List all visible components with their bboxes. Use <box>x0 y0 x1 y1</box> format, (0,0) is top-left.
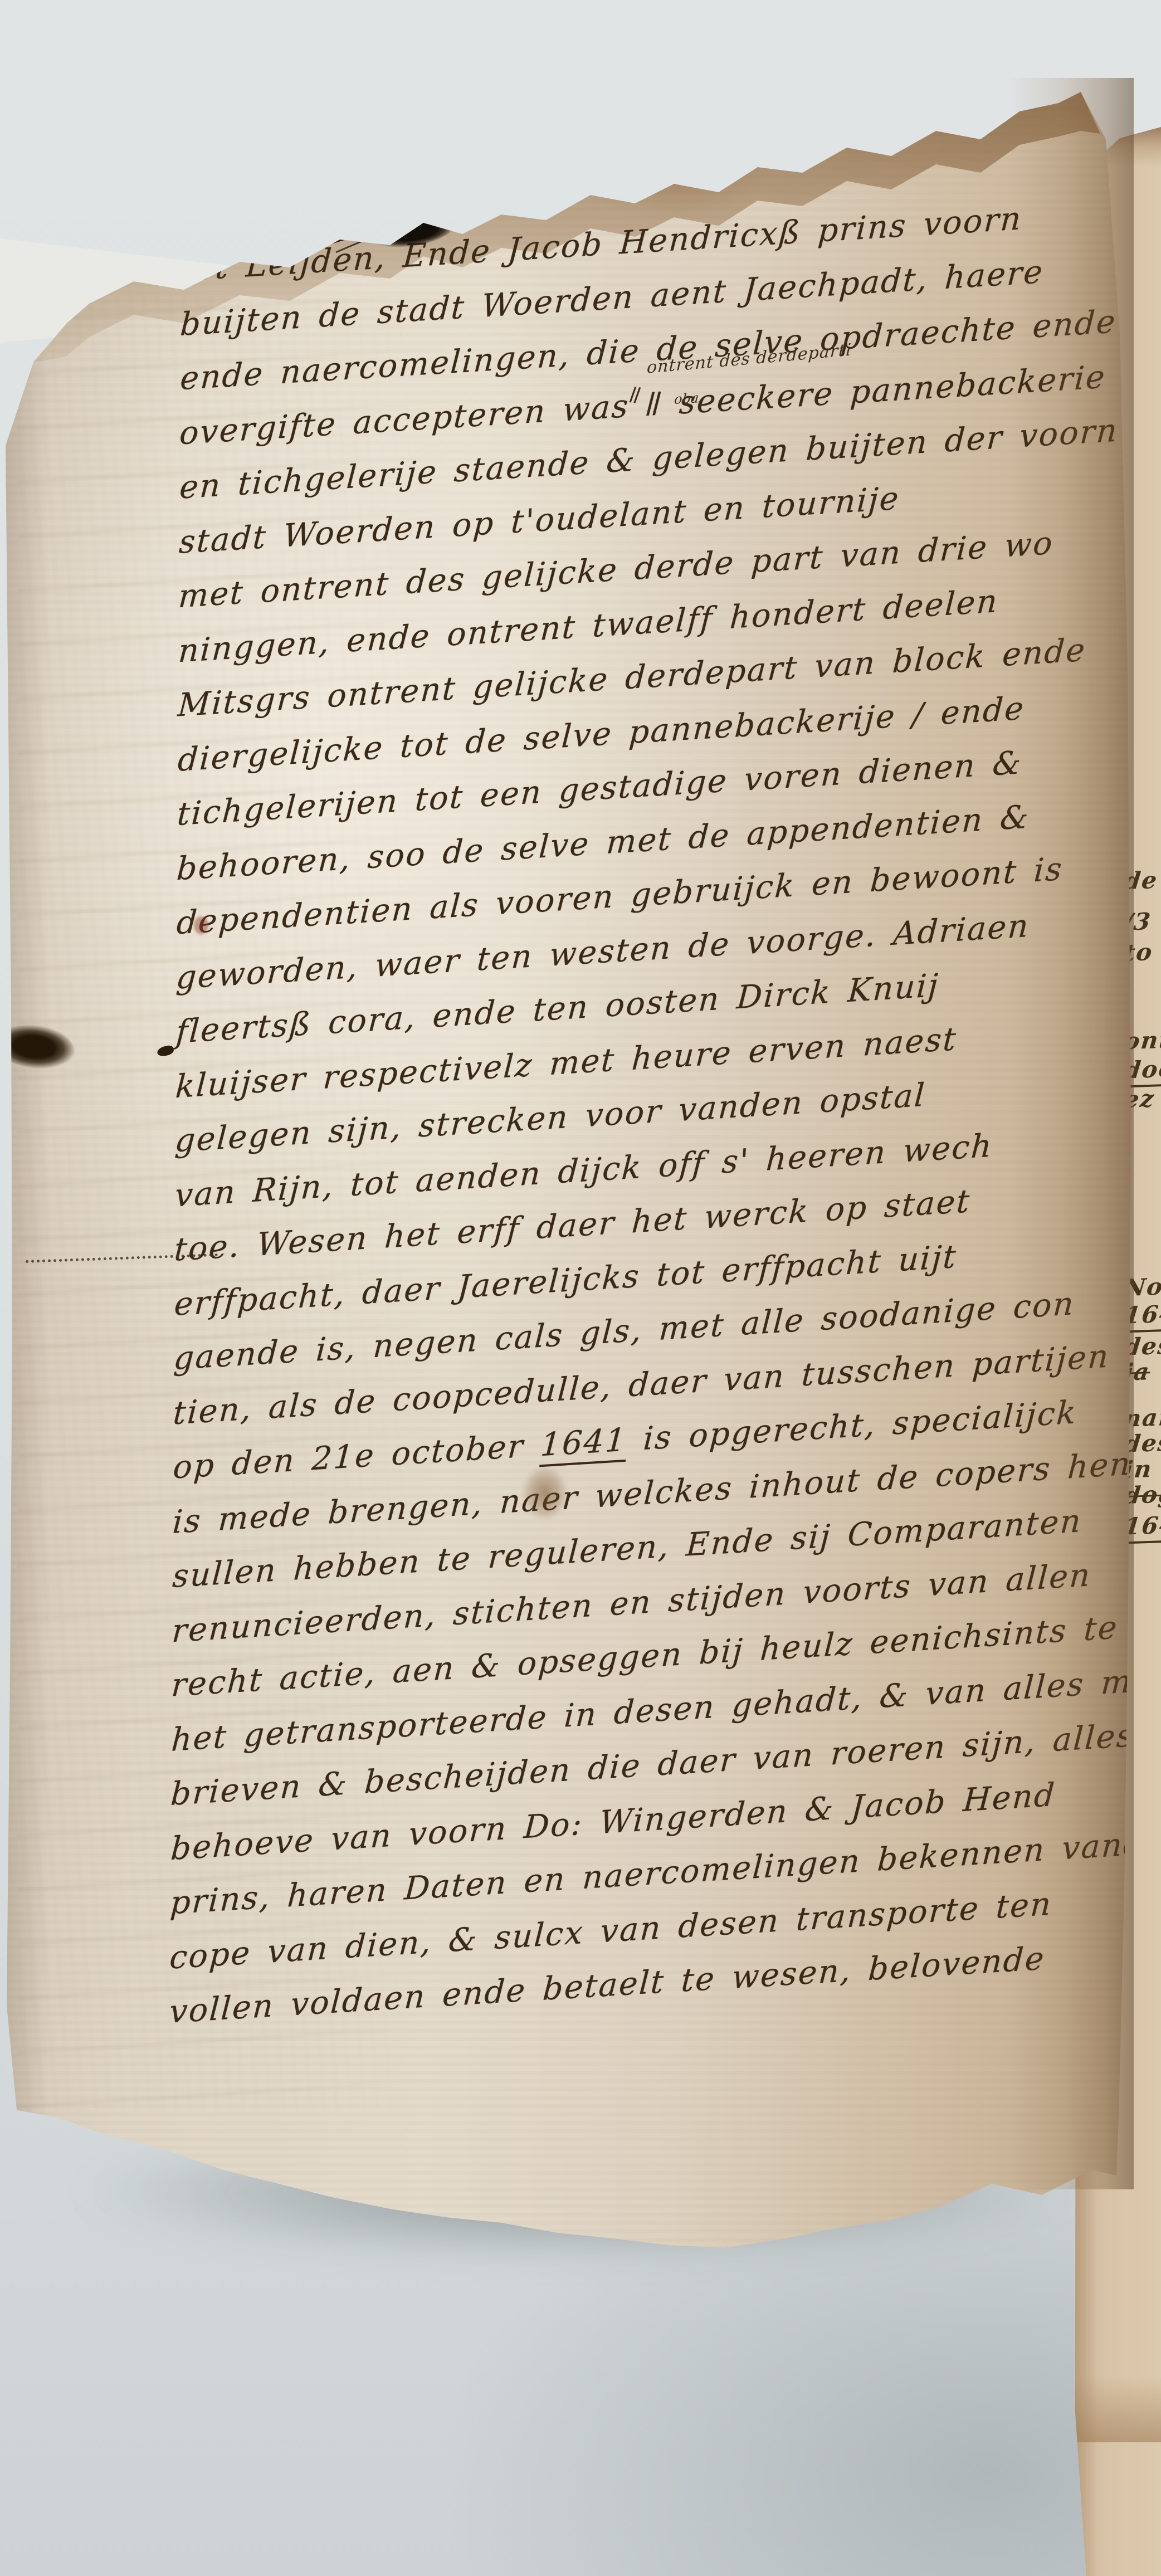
date-underlined: 1641 <box>539 1422 628 1467</box>
manuscript-text-block: ontrent des derdeparti oba ǁ tot Leijden… <box>40 184 1161 2143</box>
paper-spot <box>194 916 208 934</box>
ink-smudge <box>521 1465 568 1521</box>
manuscript-photo: de/3toontdooezNo164desjanamdesin ddoge16… <box>0 0 1161 2576</box>
interlinear-insertion-secondary: oba <box>674 390 699 407</box>
